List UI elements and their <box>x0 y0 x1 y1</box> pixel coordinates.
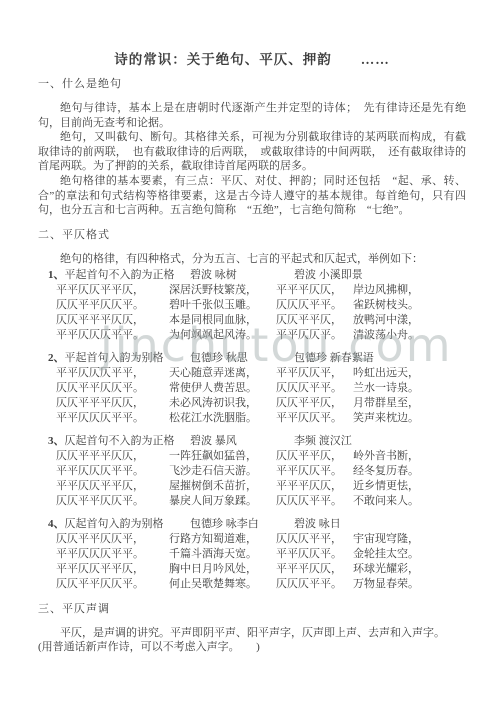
group-label-text: 仄起首句不入韵为正格 <box>65 435 175 447</box>
poem-row: 仄仄平平仄仄平。 碧叶千张似玉雕。 仄仄仄平平。 雀跃树枝头。 <box>56 298 466 313</box>
poem-row: 仄仄平平仄仄平， 行路方知蜀道难， 仄仄仄平平， 宇宙现穹隆， <box>56 532 466 547</box>
group-header: 3、仄起首句不入韵为正格 碧波 暴风 李频 渡汉江 <box>48 434 466 449</box>
poem-row: 平平仄仄仄平平， 天心随意弄迷离， 平平仄仄平， 吟虹出远天， <box>56 366 466 381</box>
group-header: 2、平起首句入韵为别格 包德珍 秋思 包德珍 新春絮语 <box>48 351 466 366</box>
poem-line-5: 金轮挂太空。 <box>353 547 466 562</box>
poem-row: 仄仄平平仄仄平。 暴戾人间万象蹂。 仄仄仄平平。 不敢问来人。 <box>56 494 466 509</box>
poem-line-7: 暴戾人间万象蹂。 <box>169 494 276 509</box>
poem-line-5: 经冬复历春。 <box>353 464 466 479</box>
tone-pattern-5: 仄仄仄平平。 <box>276 381 353 396</box>
tone-pattern-5: 仄仄仄平平， <box>276 532 353 547</box>
poem-line-5: 笑声来枕边。 <box>353 411 466 426</box>
poem-row: 平平仄仄平平仄， 胸中日月吟风处， 平平平仄仄， 环球光耀彩， <box>56 562 466 577</box>
group-number: 2、 <box>48 352 65 364</box>
pattern-group-1: 1、平起首句不入韵为正格 碧波 咏树 碧波 小溪即景 平平仄仄平平仄， 深居沃野… <box>38 268 466 343</box>
poem-line-7: 碧叶千张似玉雕。 <box>169 298 276 313</box>
paragraph: 绝句与律诗，基本上是在唐朝时代逐渐产生并定型的诗体； 先有律诗还是先有绝句，目前… <box>38 101 466 130</box>
poem-line-7: 松花江水洗胭脂。 <box>169 411 276 426</box>
poem-title-5char: 碧波 咏日 <box>294 517 466 532</box>
group-header: 4、仄起首句入韵为别格 包德珍 咏李白 碧波 咏日 <box>48 517 466 532</box>
tone-pattern-7: 仄仄平平仄仄平。 <box>56 381 169 396</box>
poem-row: 仄仄平平平仄仄， 一阵狂飙如猛兽， 仄仄平平仄， 岭外音书断， <box>56 449 466 464</box>
tone-pattern-7: 仄仄平平平仄仄， <box>56 313 169 328</box>
group-number: 4、 <box>48 518 65 530</box>
section-heading-3: 三、平仄声调 <box>38 602 466 617</box>
tone-pattern-5: 仄仄平平仄， <box>276 449 353 464</box>
poem-title-7char: 碧波 暴风 <box>190 434 294 449</box>
poem-line-5: 近乡情更怯， <box>353 479 466 494</box>
document-page: 诗的常识：关于绝句、平仄、押韵 …… 一、什么是绝句 绝句与律诗，基本上是在唐朝… <box>0 0 500 655</box>
poem-line-7: 未必风涛初识我， <box>169 396 276 411</box>
tone-pattern-5: 平平平仄仄， <box>276 562 353 577</box>
poem-line-7: 何止吴歌楚舞寒。 <box>169 577 276 592</box>
poem-row: 平平仄仄平平仄， 屋摧树倒禾苗折， 平平平仄仄， 近乡情更怯， <box>56 479 466 494</box>
poem-line-5: 宇宙现穹隆， <box>353 532 466 547</box>
tone-pattern-7: 平平仄仄仄平平。 <box>56 464 169 479</box>
tone-pattern-5: 平平平仄仄， <box>276 283 353 298</box>
tone-pattern-5: 仄仄仄平平。 <box>276 577 353 592</box>
tone-pattern-5: 平平仄仄平。 <box>276 411 353 426</box>
poem-line-7: 常使伊人费苦思。 <box>169 381 276 396</box>
tone-pattern-7: 平平仄仄平平仄， <box>56 479 169 494</box>
pattern-group-4: 4、仄起首句入韵为别格 包德珍 咏李白 碧波 咏日 仄仄平平仄仄平， 行路方知蜀… <box>38 517 466 592</box>
tone-pattern-7: 平平仄仄仄平平。 <box>56 411 169 426</box>
section-2-intro: 绝句的格律，有四种格式，分为五言、七言的平起式和仄起式，举例如下： <box>38 252 466 267</box>
tone-pattern-7: 平平仄仄平平仄， <box>56 562 169 577</box>
tone-pattern-5: 平平仄仄平。 <box>276 547 353 562</box>
group-label: 2、平起首句入韵为别格 <box>48 351 190 366</box>
paragraph: 绝句格律的基本要素，有三点：平仄、对仗、押韵；同时还包括 “起、承、转、合”的章… <box>38 174 466 218</box>
poem-title-7char: 包德珍 秋思 <box>190 351 294 366</box>
group-label: 1、平起首句不入韵为正格 <box>48 268 190 283</box>
tone-pattern-5: 仄仄平平仄， <box>276 313 353 328</box>
poem-title-7char: 碧波 咏树 <box>190 268 294 283</box>
poem-title-5char: 碧波 小溪即景 <box>294 268 466 283</box>
poem-line-5: 不敢问来人。 <box>353 494 466 509</box>
tone-pattern-7: 平平仄仄平平仄， <box>56 283 169 298</box>
poem-title-5char: 李频 渡汉江 <box>294 434 466 449</box>
poem-line-5: 岭外音书断， <box>353 449 466 464</box>
group-label-text: 仄起首句入韵为别格 <box>65 518 164 530</box>
poem-line-5: 环球光耀彩， <box>353 562 466 577</box>
poem-line-5: 放鸭河中漾， <box>353 313 466 328</box>
tone-pattern-7: 平平仄仄仄平平。 <box>56 328 169 343</box>
poem-row: 平平仄仄仄平平。 飞沙走石信天游。 平平仄仄平。 经冬复历春。 <box>56 464 466 479</box>
poem-line-7: 飞沙走石信天游。 <box>169 464 276 479</box>
poem-line-5: 清波荡小舟。 <box>353 328 466 343</box>
tone-pattern-5: 平平仄仄平， <box>276 366 353 381</box>
poem-line-7: 胸中日月吟风处， <box>169 562 276 577</box>
poem-line-7: 屋摧树倒禾苗折， <box>169 479 276 494</box>
group-header: 1、平起首句不入韵为正格 碧波 咏树 碧波 小溪即景 <box>48 268 466 283</box>
paragraph-continuation: (用普通话新声作诗，可以不考虑入声字。 ) <box>38 640 466 655</box>
tone-pattern-7: 仄仄平平平仄仄， <box>56 449 169 464</box>
poem-line-7: 为何飒飒起风涛。 <box>169 328 276 343</box>
tone-pattern-7: 平平仄仄仄平平， <box>56 366 169 381</box>
group-label-text: 平起首句入韵为别格 <box>65 352 164 364</box>
poem-title-5char: 包德珍 新春絮语 <box>294 351 466 366</box>
poem-line-7: 天心随意弄迷离， <box>169 366 276 381</box>
tone-pattern-7: 仄仄平平仄仄平， <box>56 532 169 547</box>
paragraph: 平仄，是声调的讲究。平声即阴平声、阳平声字，仄声即上声、去声和入声字。 <box>38 626 466 641</box>
page-title: 诗的常识：关于绝句、平仄、押韵 …… <box>38 52 466 67</box>
tone-pattern-5: 仄仄仄平平。 <box>276 494 353 509</box>
poem-line-7: 千篇斗酒海天宽。 <box>169 547 276 562</box>
section-heading-2: 二、平仄格式 <box>38 228 466 243</box>
poem-line-7: 一阵狂飙如猛兽， <box>169 449 276 464</box>
tone-pattern-7: 仄仄平平仄仄平。 <box>56 494 169 509</box>
tone-pattern-5: 平平平仄仄， <box>276 479 353 494</box>
tone-pattern-5: 平平仄仄平。 <box>276 464 353 479</box>
poem-row: 平平仄仄仄平平。 千篇斗酒海天宽。 平平仄仄平。 金轮挂太空。 <box>56 547 466 562</box>
poem-row: 平平仄仄平平仄， 深居沃野枝繁茂， 平平平仄仄， 岸边风拂柳， <box>56 283 466 298</box>
tone-pattern-7: 平平仄仄仄平平。 <box>56 547 169 562</box>
poem-line-7: 深居沃野枝繁茂， <box>169 283 276 298</box>
tone-pattern-5: 平平仄仄平。 <box>276 328 353 343</box>
group-label: 4、仄起首句入韵为别格 <box>48 517 190 532</box>
poem-row: 平平仄仄仄平平。 为何飒飒起风涛。 平平仄仄平。 清波荡小舟。 <box>56 328 466 343</box>
poem-line-5: 万物显春荣。 <box>353 577 466 592</box>
group-number: 1、 <box>48 269 65 281</box>
poem-line-5: 兰水一诗泉。 <box>353 381 466 396</box>
paragraph: 绝句，又叫截句、断句。其格律关系，可视为分别截取律诗的某两联而构成，有截取律诗的… <box>38 130 466 174</box>
poem-row: 仄仄平平平仄仄， 本是同根同血脉， 仄仄平平仄， 放鸭河中漾， <box>56 313 466 328</box>
tone-pattern-5: 仄仄仄平平。 <box>276 298 353 313</box>
poem-line-5: 吟虹出远天， <box>353 366 466 381</box>
section-heading-1: 一、什么是绝句 <box>38 77 466 92</box>
poem-line-7: 本是同根同血脉， <box>169 313 276 328</box>
poem-row: 仄仄平平仄仄平。 常使伊人费苦思。 仄仄仄平平。 兰水一诗泉。 <box>56 381 466 396</box>
tone-pattern-7: 仄仄平平仄仄平。 <box>56 577 169 592</box>
poem-line-5: 雀跃树枝头。 <box>353 298 466 313</box>
poem-line-5: 月带群星至， <box>353 396 466 411</box>
group-label: 3、仄起首句不入韵为正格 <box>48 434 190 449</box>
tone-pattern-7: 仄仄平平仄仄平。 <box>56 298 169 313</box>
tone-pattern-7: 仄仄平平平仄仄， <box>56 396 169 411</box>
group-number: 3、 <box>48 435 65 447</box>
poem-line-7: 行路方知蜀道难， <box>169 532 276 547</box>
poem-row: 仄仄平平平仄仄， 未必风涛初识我， 仄仄平平仄， 月带群星至， <box>56 396 466 411</box>
poem-row: 仄仄平平仄仄平。 何止吴歌楚舞寒。 仄仄仄平平。 万物显春荣。 <box>56 577 466 592</box>
poem-title-7char: 包德珍 咏李白 <box>190 517 294 532</box>
poem-row: 平平仄仄仄平平。 松花江水洗胭脂。 平平仄仄平。 笑声来枕边。 <box>56 411 466 426</box>
pattern-group-2: 2、平起首句入韵为别格 包德珍 秋思 包德珍 新春絮语 平平仄仄仄平平， 天心随… <box>38 351 466 426</box>
tone-pattern-5: 仄仄平平仄， <box>276 396 353 411</box>
poem-line-5: 岸边风拂柳， <box>353 283 466 298</box>
group-label-text: 平起首句不入韵为正格 <box>65 269 175 281</box>
pattern-group-3: 3、仄起首句不入韵为正格 碧波 暴风 李频 渡汉江 仄仄平平平仄仄， 一阵狂飙如… <box>38 434 466 509</box>
